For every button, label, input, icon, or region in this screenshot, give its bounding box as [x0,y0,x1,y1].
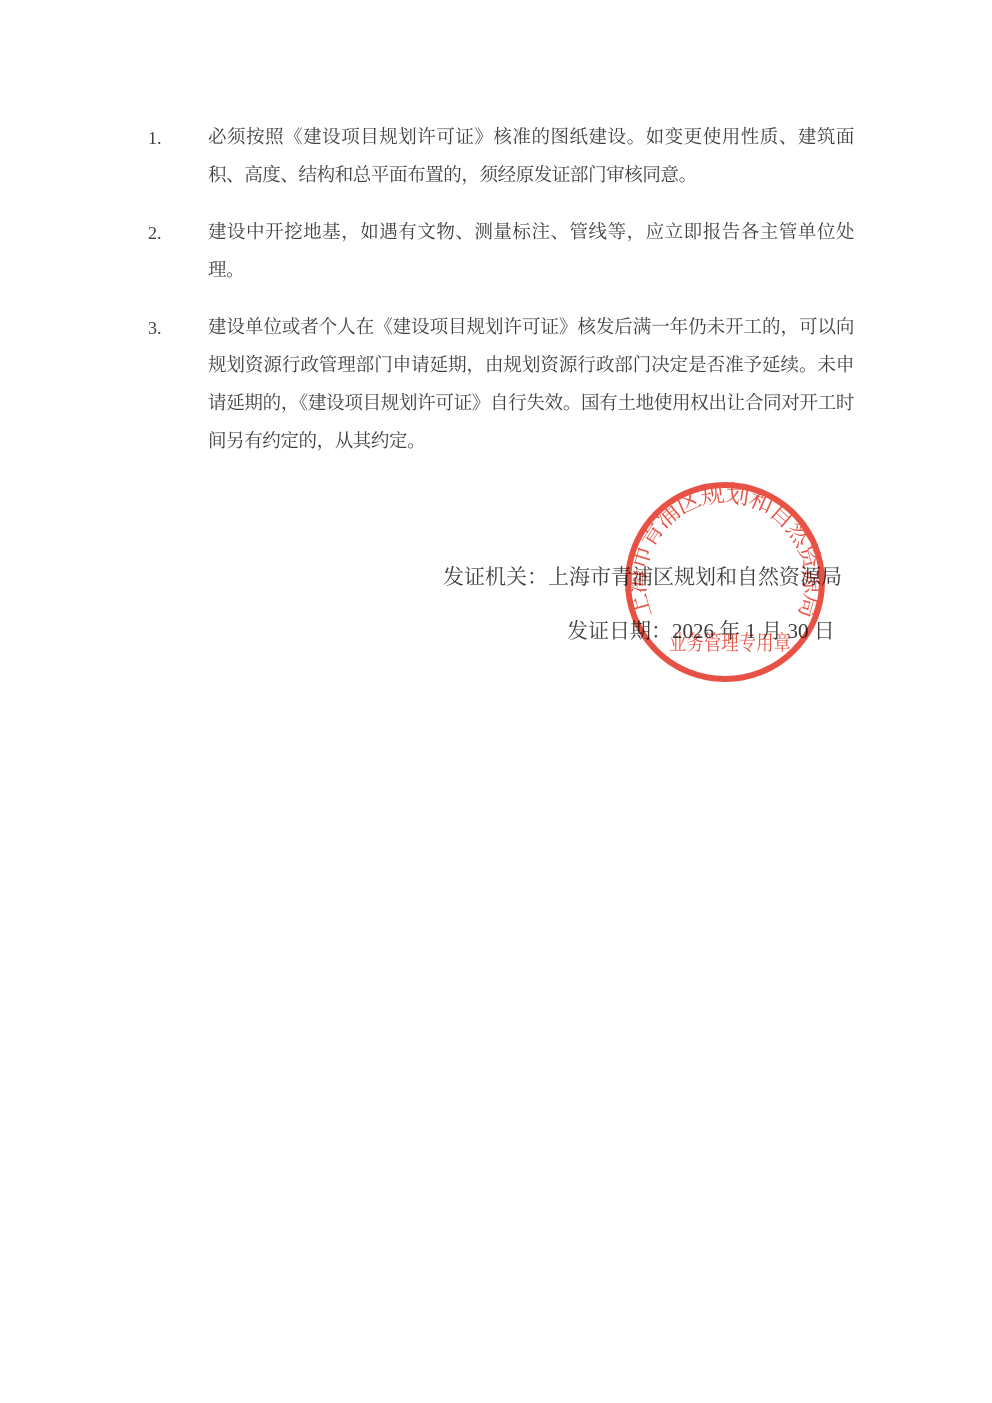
note-number: 1. [148,119,208,157]
note-text: 必须按照《建设项目规划许可证》核准的图纸建设。如变更使用性质、建筑面积、高度、结… [208,119,854,195]
svg-text:规: 规 [699,480,727,510]
notes-list: 1. 必须按照《建设项目规划许可证》核准的图纸建设。如变更使用性质、建筑面积、高… [148,119,854,480]
note-number: 2. [148,214,208,252]
note-number: 3. [148,309,208,347]
note-item-3: 3. 建设单位或者个人在《建设项目规划许可证》核发后满一年仍未开工的，可以向规划… [148,309,854,461]
svg-text:源: 源 [799,569,826,594]
official-seal-stamp: 上海市青浦区规划和自然资源局 业务管理专用章 [615,472,835,692]
note-item-1: 1. 必须按照《建设项目规划许可证》核准的图纸建设。如变更使用性质、建筑面积、高… [148,119,854,195]
issuing-authority-label: 发证机关： [443,565,548,589]
svg-text:海: 海 [624,569,651,593]
seal-bottom-text: 业务管理专用章 [669,631,791,655]
permit-back-page: 1. 必须按照《建设项目规划许可证》核准的图纸建设。如变更使用性质、建筑面积、高… [0,0,992,1403]
note-text: 建设中开挖地基，如遇有文物、测量标注、管线等，应立即报告各主管单位处理。 [208,214,854,290]
seal-ring-text: 上海市青浦区规划和自然资源局 [624,480,826,621]
note-item-2: 2. 建设中开挖地基，如遇有文物、测量标注、管线等，应立即报告各主管单位处理。 [148,214,854,290]
note-text: 建设单位或者个人在《建设项目规划许可证》核发后满一年仍未开工的，可以向规划资源行… [208,309,854,461]
